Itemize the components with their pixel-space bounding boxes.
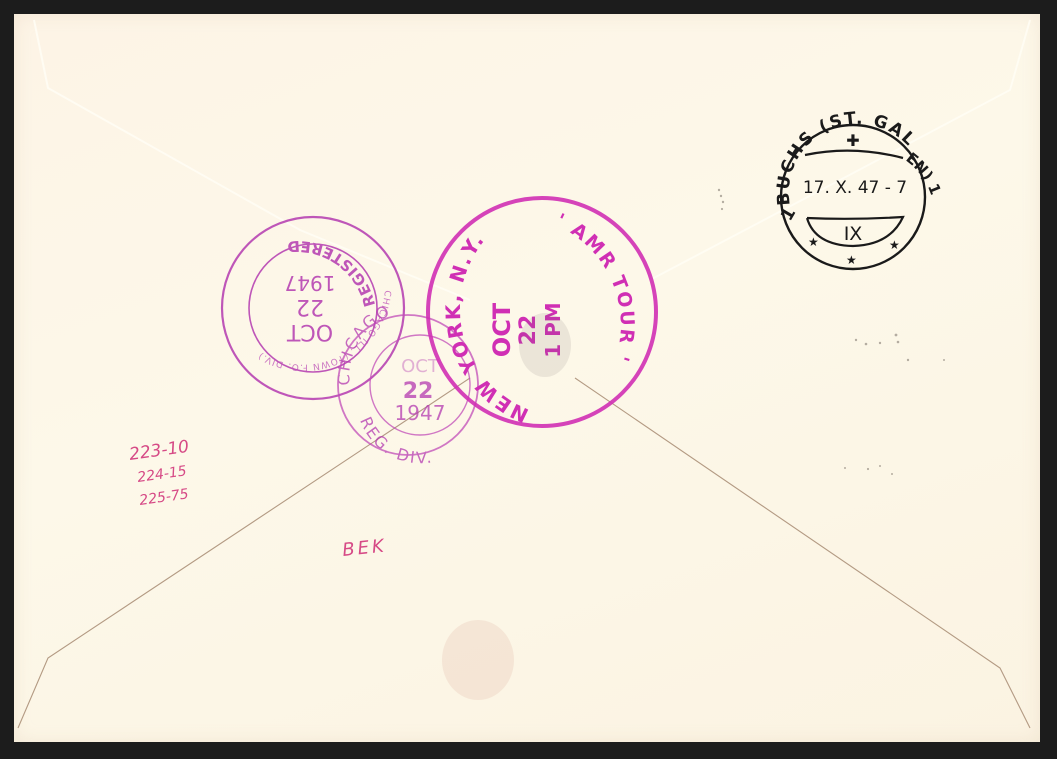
annotation-number: 225-75 [138,486,189,509]
buchs-postmark: BUCHS (ST. GAL EN) 1 ✚ 17. X. 47 - 7 IX … [774,109,945,269]
chicago-month: OCT [401,356,440,377]
star-icon: ★ [846,253,857,267]
ghost-marks [718,189,945,475]
annotation-initials: BEK [341,535,387,561]
registered-year: 1947 [285,271,336,295]
registered-month: OCT [286,319,333,344]
paper-stain [442,620,514,700]
pencil-annotations: 223-10 224-15 225-75 BEK [128,437,388,561]
lower-flap-lines [18,378,1030,728]
annotation-number: 223-10 [128,437,190,465]
ny-month: OCT [488,302,516,357]
chicago-year: 1947 [395,401,446,425]
star-icon: ★ [808,235,819,249]
envelope-artwork: BUCHS (ST. GAL EN) 1 ✚ 17. X. 47 - 7 IX … [0,0,1057,759]
buchs-code: IX [844,223,863,245]
buchs-date: 17. X. 47 - 7 [803,178,907,198]
upper-flap-crease [34,20,1030,300]
new-york-postmark: NEW YORK, N.Y. ' AMR TOUR ' OCT 22 1 PM [428,198,656,428]
star-icon: ★ [889,238,900,252]
registered-day: 22 [296,294,324,319]
annotation-number: 224-15 [136,463,187,486]
swiss-cross-icon: ✚ [846,131,859,150]
